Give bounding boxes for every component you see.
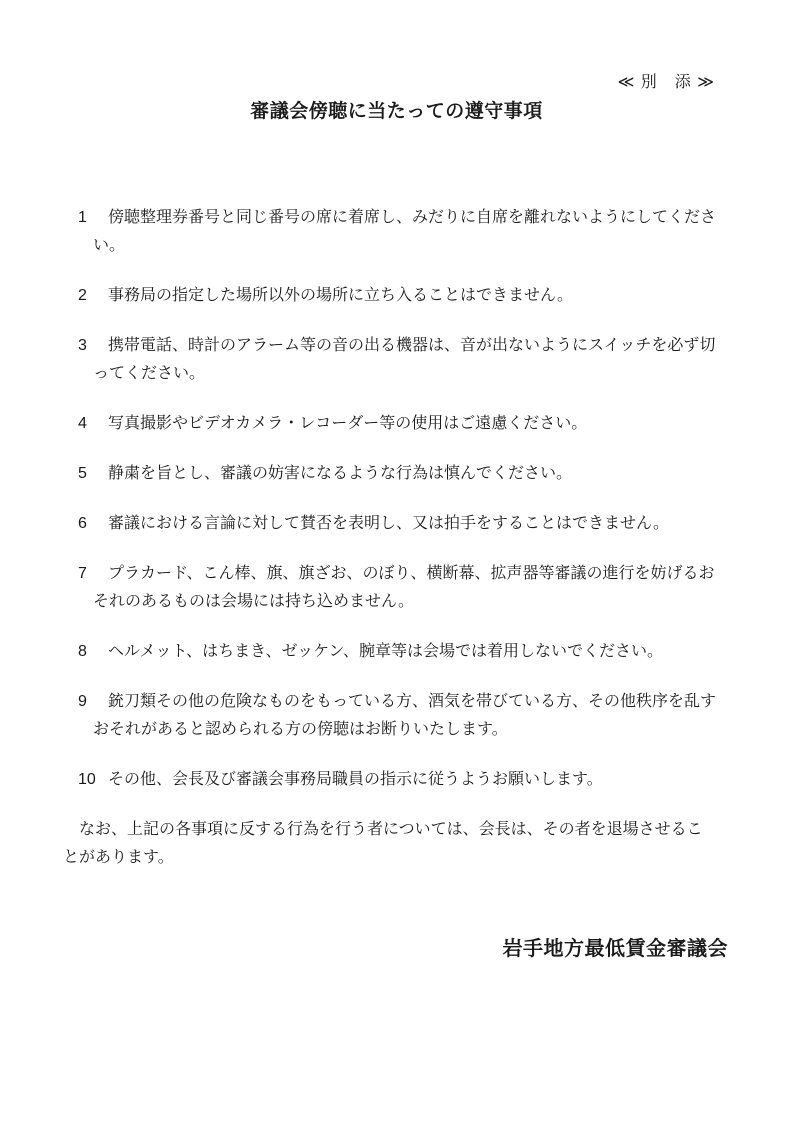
rule-number: 6	[78, 510, 108, 538]
rule-item-8: 8ヘルメット、はちまき、ゼッケン、腕章等は会場では着用しないでください。	[63, 638, 755, 666]
rule-item-10: 10その他、会長及び審議会事務局職員の指示に従うようお願いします。	[63, 766, 755, 794]
rule-item-7: 7プラカード、こん棒、旗、旗ざお、のぼり、横断幕、拡声器等審議の進行を妨げるお …	[63, 560, 755, 616]
rule-item-9: 9銃刀類その他の危険なものをもっている方、酒気を帯びている方、その他秩序を乱す …	[63, 688, 755, 744]
rules-list: 1傍聴整理券番号と同じ番号の席に着席し、みだりに自席を離れないようにしてくださ …	[63, 204, 755, 794]
rule-number: 3	[78, 332, 108, 360]
document-page: ≪ 別 添 ≫ 審議会傍聴に当たっての遵守事項 1傍聴整理券番号と同じ番号の席に…	[0, 0, 793, 1122]
attachment-marker: ≪ 別 添 ≫	[0, 0, 793, 94]
rule-number: 5	[78, 460, 108, 488]
rule-item-5: 5静粛を旨とし、審議の妨害になるような行為は慎んでください。	[63, 460, 755, 488]
rule-number: 10	[78, 766, 108, 794]
rule-number: 1	[78, 204, 108, 232]
rule-text: 審議における言論に対して賛否を表明し、又は拍手をすることはできません。	[108, 515, 669, 532]
rule-number: 8	[78, 638, 108, 666]
rule-text: 傍聴整理券番号と同じ番号の席に着席し、みだりに自席を離れないようにしてくださ い…	[93, 209, 716, 254]
closing-note: なお、上記の各事項に反する行為を行う者については、会長は、その者を退場させるこ …	[63, 816, 755, 872]
rule-text: 写真撮影やビデオカメラ・レコーダー等の使用はご遠慮ください。	[108, 415, 587, 432]
rule-text: 静粛を旨とし、審議の妨害になるような行為は慎んでください。	[108, 465, 572, 482]
rule-item-1: 1傍聴整理券番号と同じ番号の席に着席し、みだりに自席を離れないようにしてくださ …	[63, 204, 755, 260]
rule-number: 9	[78, 688, 108, 716]
rule-number: 7	[78, 560, 108, 588]
rule-text: 銃刀類その他の危険なものをもっている方、酒気を帯びている方、その他秩序を乱す お…	[93, 693, 716, 738]
rule-item-2: 2事務局の指定した場所以外の場所に立ち入ることはできません。	[63, 282, 755, 310]
rule-text: プラカード、こん棒、旗、旗ざお、のぼり、横断幕、拡声器等審議の進行を妨げるお そ…	[93, 565, 715, 610]
rule-text: その他、会長及び審議会事務局職員の指示に従うようお願いします。	[108, 771, 603, 788]
rule-item-4: 4写真撮影やビデオカメラ・レコーダー等の使用はご遠慮ください。	[63, 410, 755, 438]
page-title: 審議会傍聴に当たっての遵守事項	[0, 100, 793, 124]
rule-item-3: 3携帯電話、時計のアラーム等の音の出る機器は、音が出ないようにスイッチを必ず切 …	[63, 332, 755, 388]
rule-number: 4	[78, 410, 108, 438]
rule-text: 事務局の指定した場所以外の場所に立ち入ることはできません。	[108, 287, 573, 304]
rule-text: ヘルメット、はちまき、ゼッケン、腕章等は会場では着用しないでください。	[108, 643, 663, 660]
signature-organization: 岩手地方最低賃金審議会	[0, 936, 793, 962]
rule-number: 2	[78, 282, 108, 310]
rule-item-6: 6審議における言論に対して賛否を表明し、又は拍手をすることはできません。	[63, 510, 755, 538]
rule-text: 携帯電話、時計のアラーム等の音の出る機器は、音が出ないようにスイッチを必ず切 っ…	[93, 337, 715, 382]
